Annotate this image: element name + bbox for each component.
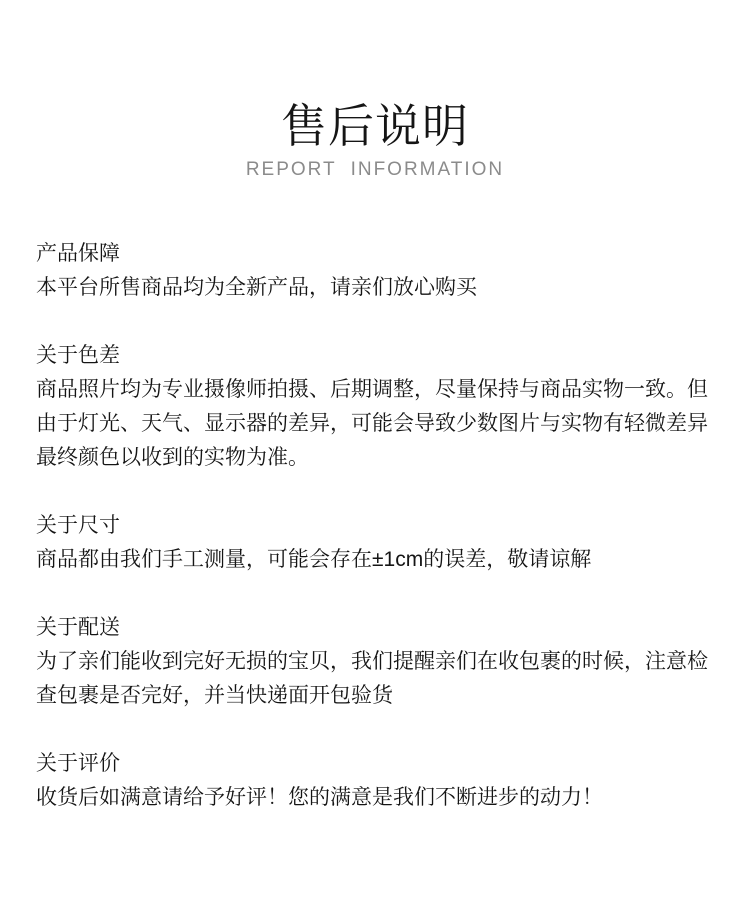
section-title: 关于配送 (36, 611, 714, 645)
page-subtitle: REPORT INFORMATION (0, 157, 750, 182)
page-title: 售后说明 (0, 100, 750, 153)
section-review: 关于评价 收货后如满意请给予好评！您的满意是我们不断进步的动力！ (36, 747, 714, 815)
sections-container: 产品保障 本平台所售商品均为全新产品，请亲们放心购买 关于色差 商品照片均为专业… (0, 237, 750, 815)
section-body: 本平台所售商品均为全新产品，请亲们放心购买 (36, 271, 714, 305)
section-body: 商品照片均为专业摄像师拍摄、后期调整，尽量保持与商品实物一致。但由于灯光、天气、… (36, 373, 714, 475)
section-body: 收货后如满意请给予好评！您的满意是我们不断进步的动力！ (36, 781, 714, 815)
section-body: 为了亲们能收到完好无损的宝贝，我们提醒亲们在收包裹的时候，注意检查包裹是否完好，… (36, 645, 714, 713)
section-title: 关于尺寸 (36, 509, 714, 543)
page-header: 售后说明 REPORT INFORMATION (0, 0, 750, 182)
section-size: 关于尺寸 商品都由我们手工测量，可能会存在±1cm的误差，敬请谅解 (36, 509, 714, 577)
section-color-difference: 关于色差 商品照片均为专业摄像师拍摄、后期调整，尽量保持与商品实物一致。但由于灯… (36, 339, 714, 475)
after-sales-info-page: 售后说明 REPORT INFORMATION 产品保障 本平台所售商品均为全新… (0, 0, 750, 924)
section-title: 产品保障 (36, 237, 714, 271)
section-delivery: 关于配送 为了亲们能收到完好无损的宝贝，我们提醒亲们在收包裹的时候，注意检查包裹… (36, 611, 714, 713)
section-product-guarantee: 产品保障 本平台所售商品均为全新产品，请亲们放心购买 (36, 237, 714, 305)
section-title: 关于评价 (36, 747, 714, 781)
section-title: 关于色差 (36, 339, 714, 373)
section-body: 商品都由我们手工测量，可能会存在±1cm的误差，敬请谅解 (36, 543, 714, 577)
